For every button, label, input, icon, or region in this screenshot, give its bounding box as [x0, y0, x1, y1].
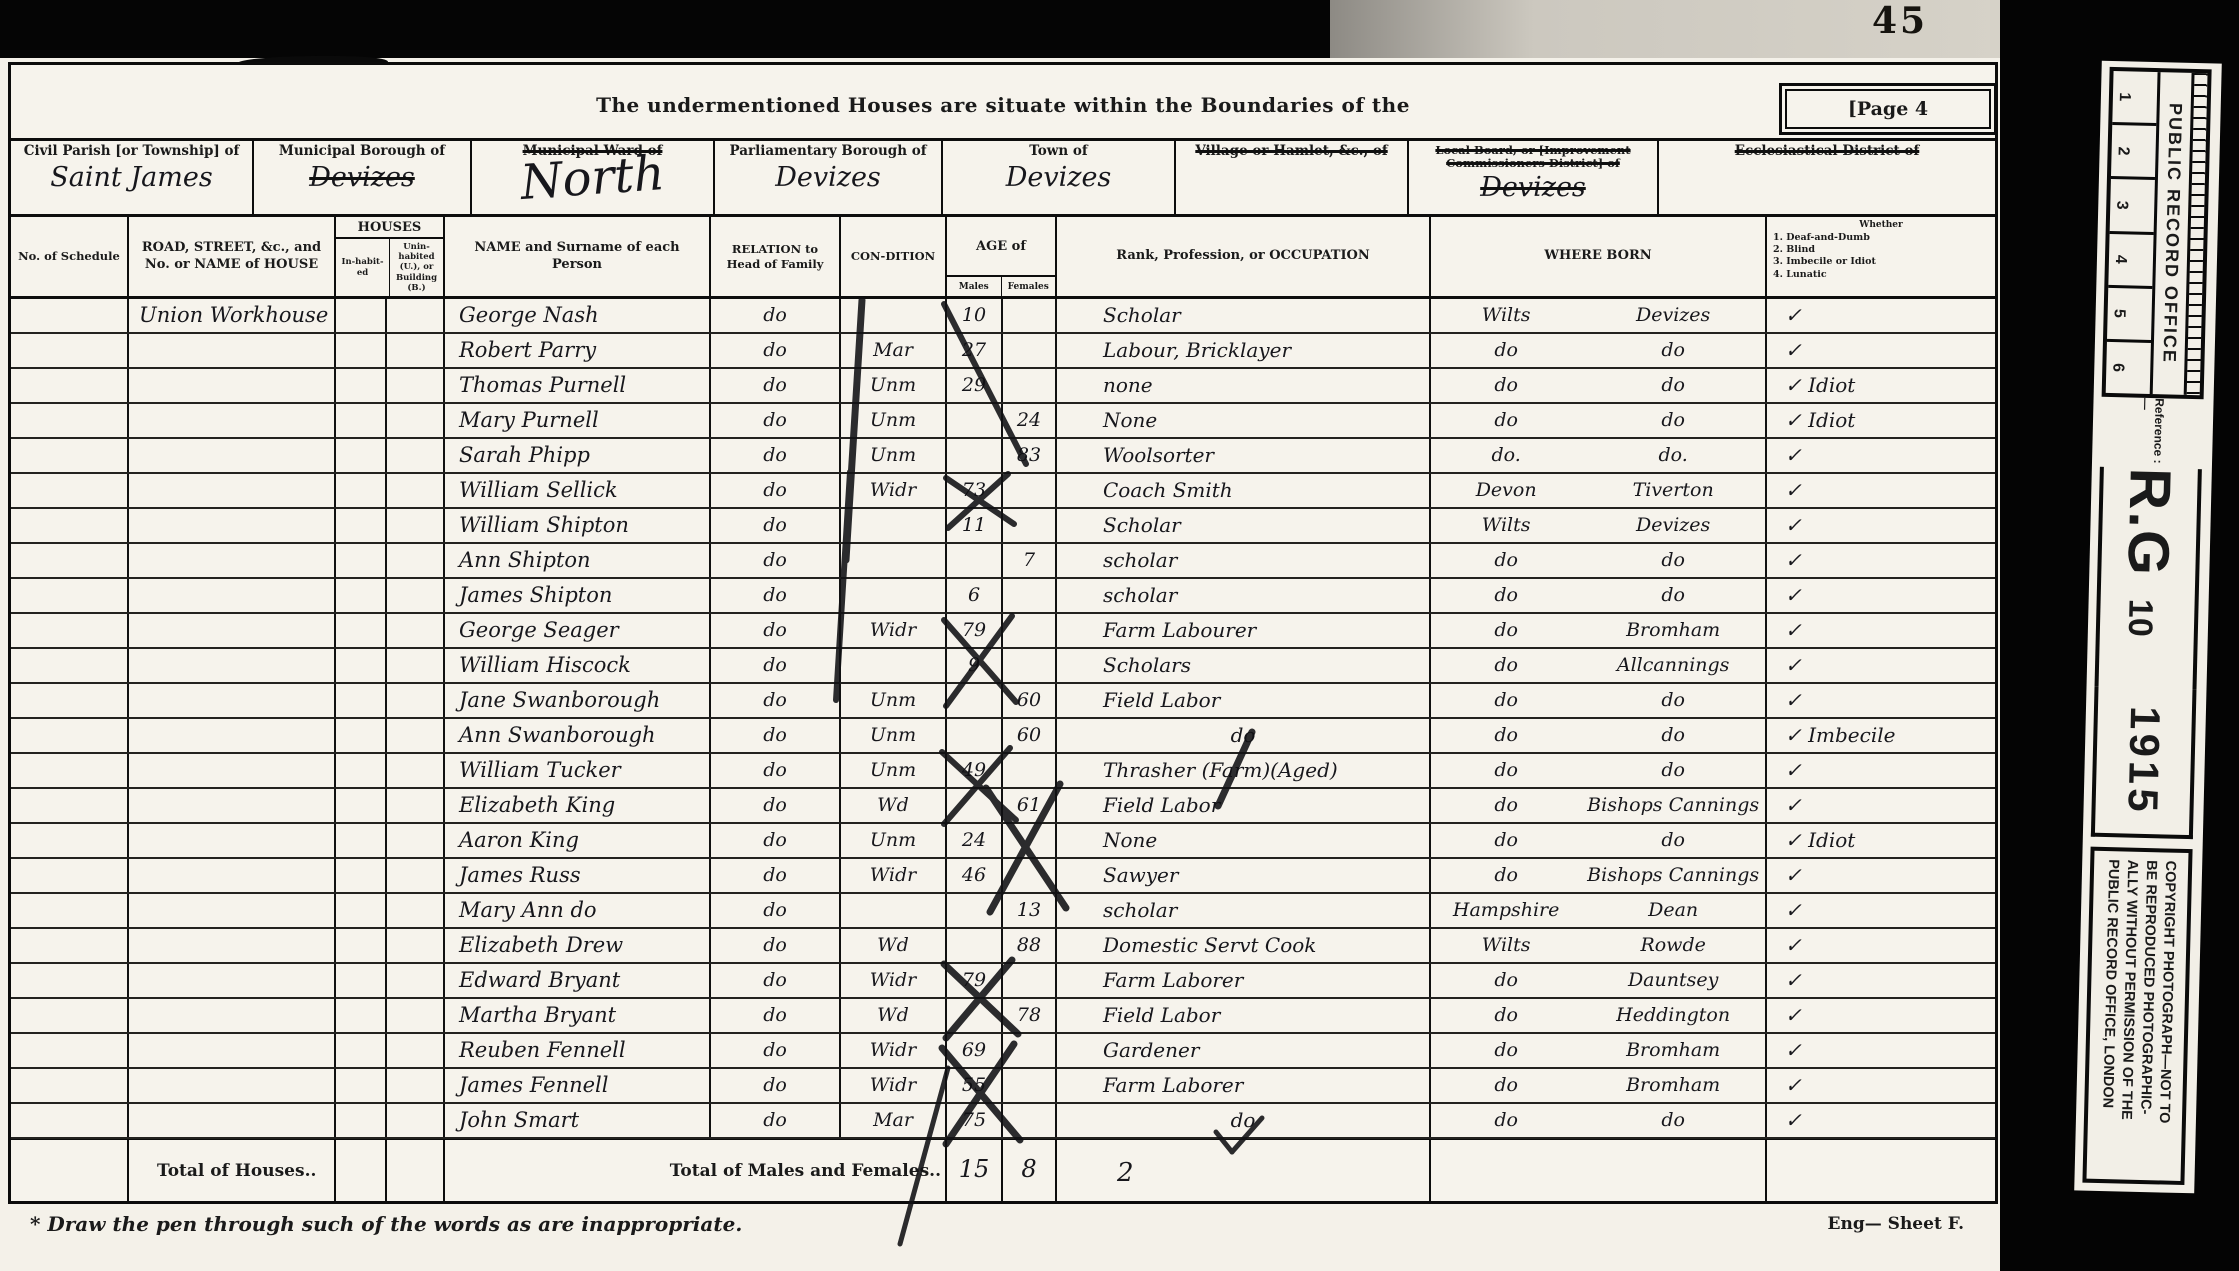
cell-name: George Nash	[445, 299, 711, 332]
cell-where-born: HampshireDean	[1431, 894, 1767, 927]
table-row: Union WorkhouseGeorge Nashdo10ScholarWil…	[11, 299, 1995, 334]
cell-age-female: 24	[1003, 404, 1057, 437]
cell-name: Ann Shipton	[445, 544, 711, 577]
cell-relation: do	[711, 509, 841, 542]
born-county: do.	[1431, 439, 1581, 472]
cell-disability-remark: ✓	[1767, 474, 1995, 507]
cell-where-born: WiltsDevizes	[1431, 509, 1767, 542]
table-row: James RussdoWidr46SawyerdoBishops Cannin…	[11, 859, 1995, 894]
scanned-paper: 45 The undermentioned Houses are situate…	[0, 0, 2010, 1271]
cell-condition: Widr	[841, 1034, 947, 1067]
cell-age-female: 13	[1003, 894, 1057, 927]
cell-road	[129, 1104, 336, 1137]
cell-age-female: 60	[1003, 684, 1057, 717]
cell-road: Union Workhouse	[129, 299, 336, 332]
scan-top-black-band	[0, 0, 1330, 58]
pro-reference-label: Reference :—	[2100, 397, 2204, 469]
born-place: Tiverton	[1581, 474, 1765, 507]
cell-inhabited	[336, 929, 387, 962]
cell-age-male: 73	[947, 474, 1003, 507]
cell-disability-remark: ✓	[1767, 544, 1995, 577]
cell-condition: Widr	[841, 1069, 947, 1102]
form-footer: * Draw the pen through such of the words…	[8, 1206, 1998, 1252]
cell-where-born: dodo	[1431, 544, 1767, 577]
cell-age-female: 78	[1003, 999, 1057, 1032]
pro-copyright-notice: COPYRIGHT PHOTOGRAPH—NOT TO BE REPRODUCE…	[2082, 847, 2192, 1185]
born-place: do	[1581, 369, 1765, 402]
pro-ruler: PUBLIC RECORD OFFICE 1 2 3 4 5 6	[2102, 67, 2212, 399]
cell-inhabited	[336, 474, 387, 507]
pro-series-piece: R.G 10	[2095, 467, 2202, 689]
cell-occupation: do	[1057, 1104, 1431, 1137]
totals-females-value: 8	[1003, 1140, 1057, 1201]
header-occupation: Rank, Profession, or OCCUPATION	[1057, 217, 1431, 296]
born-place: do	[1581, 544, 1765, 577]
cell-condition: Wd	[841, 999, 947, 1032]
cell-condition	[841, 894, 947, 927]
table-row: Edward BryantdoWidr79Farm LaborerdoDaunt…	[11, 964, 1995, 999]
cell-name: Edward Bryant	[445, 964, 711, 997]
cell-where-born: dodo	[1431, 579, 1767, 612]
cell-schedule	[11, 299, 129, 332]
cell-uninhabited	[387, 684, 445, 717]
cell-inhabited	[336, 299, 387, 332]
cell-uninhabited	[387, 509, 445, 542]
cell-schedule	[11, 369, 129, 402]
cell-age-male	[947, 929, 1003, 962]
cell-road	[129, 929, 336, 962]
cell-name: James Russ	[445, 859, 711, 892]
born-county: do	[1431, 1104, 1581, 1137]
cell-age-female	[1003, 964, 1057, 997]
born-county: do	[1431, 1034, 1581, 1067]
header-males: Males	[947, 277, 1002, 296]
cell-occupation: Farm Laborer	[1057, 964, 1431, 997]
cell-where-born: doBromham	[1431, 614, 1767, 647]
cell-where-born: doBromham	[1431, 1069, 1767, 1102]
cell-occupation: scholar	[1057, 579, 1431, 612]
cell-occupation: Woolsorter	[1057, 439, 1431, 472]
cell-occupation: Sawyer	[1057, 859, 1431, 892]
cell-age-female	[1003, 614, 1057, 647]
born-county: do	[1431, 999, 1581, 1032]
cell-schedule	[11, 439, 129, 472]
cell-disability-remark: ✓ Imbecile	[1767, 719, 1995, 752]
cell-schedule	[11, 1034, 129, 1067]
cell-road	[129, 439, 336, 472]
table-row: Robert ParrydoMar27Labour, Bricklayerdod…	[11, 334, 1995, 369]
cell-where-born: doBromham	[1431, 1034, 1767, 1067]
cell-occupation: do	[1057, 719, 1431, 752]
cell-age-male: 11	[947, 509, 1003, 542]
cell-road	[129, 824, 336, 857]
cell-age-male	[947, 684, 1003, 717]
cell-condition	[841, 509, 947, 542]
totals-houses-label: Total of Houses..	[129, 1140, 336, 1201]
cell-condition	[841, 579, 947, 612]
cell-uninhabited	[387, 334, 445, 367]
cell-road	[129, 964, 336, 997]
cell-occupation: Domestic Servt Cook	[1057, 929, 1431, 962]
born-place: do	[1581, 719, 1765, 752]
born-county: do	[1431, 1069, 1581, 1102]
cell-condition	[841, 544, 947, 577]
cell-inhabited	[336, 1034, 387, 1067]
cell-age-female: 83	[1003, 439, 1057, 472]
header-age-group: AGE of Males Females	[947, 217, 1057, 296]
cell-condition: Unm	[841, 824, 947, 857]
form-title: The undermentioned Houses are situate wi…	[11, 65, 1995, 117]
cell-uninhabited	[387, 439, 445, 472]
table-row: Elizabeth DrewdoWd88Domestic Servt CookW…	[11, 929, 1995, 964]
cell-where-born: do.do.	[1431, 439, 1767, 472]
cell-disability-remark: ✓	[1767, 964, 1995, 997]
cell-occupation: Field Labor	[1057, 999, 1431, 1032]
cell-uninhabited	[387, 1034, 445, 1067]
cell-relation: do	[711, 579, 841, 612]
cell-schedule	[11, 649, 129, 682]
header-road: ROAD, STREET, &c., and No. or NAME of HO…	[129, 217, 336, 296]
table-row: Aaron KingdoUnm24Nonedodo✓ Idiot	[11, 824, 1995, 859]
table-row: Ann Shiptondo7scholardodo✓	[11, 544, 1995, 579]
cell-schedule	[11, 929, 129, 962]
cell-schedule	[11, 509, 129, 542]
cell-occupation: Scholar	[1057, 509, 1431, 542]
cell-name: James Fennell	[445, 1069, 711, 1102]
cell-disability-remark: ✓ Idiot	[1767, 404, 1995, 437]
cell-where-born: dodo	[1431, 754, 1767, 787]
cell-relation: do	[711, 859, 841, 892]
born-county: do	[1431, 754, 1581, 787]
born-county: do	[1431, 404, 1581, 437]
cell-name: James Shipton	[445, 579, 711, 612]
cell-age-male	[947, 719, 1003, 752]
cell-age-male: 49	[947, 754, 1003, 787]
cell-relation: do	[711, 544, 841, 577]
cell-uninhabited	[387, 614, 445, 647]
born-place: do.	[1581, 439, 1765, 472]
cell-name: Ann Swanborough	[445, 719, 711, 752]
cell-condition: Unm	[841, 439, 947, 472]
cell-relation: do	[711, 684, 841, 717]
born-place: Rowde	[1581, 929, 1765, 962]
cell-where-born: dodo	[1431, 824, 1767, 857]
census-scan-page: { "stamp": { "page_number": "45" }, "hea…	[0, 0, 2239, 1271]
cell-inhabited	[336, 544, 387, 577]
cell-condition: Unm	[841, 684, 947, 717]
district-header-row: Civil Parish [or Township] of Saint Jame…	[11, 141, 1995, 217]
cell-uninhabited	[387, 894, 445, 927]
born-county: do	[1431, 649, 1581, 682]
cell-where-born: doBishops Cannings	[1431, 789, 1767, 822]
cell-uninhabited	[387, 1104, 445, 1137]
cell-relation: do	[711, 404, 841, 437]
cell-schedule	[11, 964, 129, 997]
cell-condition: Widr	[841, 859, 947, 892]
cell-relation: do	[711, 999, 841, 1032]
cell-schedule	[11, 999, 129, 1032]
cell-relation: do	[711, 824, 841, 857]
cell-name: Mary Ann do	[445, 894, 711, 927]
totals-row: Total of Houses.. Total of Males and Fem…	[11, 1139, 1995, 1201]
cell-road	[129, 789, 336, 822]
cell-occupation: Labour, Bricklayer	[1057, 334, 1431, 367]
cell-uninhabited	[387, 754, 445, 787]
cell-age-male: 29	[947, 369, 1003, 402]
cell-age-male: 46	[947, 859, 1003, 892]
totals-remark-cell	[1767, 1140, 1995, 1201]
cell-where-born: DevonTiverton	[1431, 474, 1767, 507]
born-place: Dauntsey	[1581, 964, 1765, 997]
cell-age-female	[1003, 1034, 1057, 1067]
cell-relation: do	[711, 439, 841, 472]
cell-age-female: 60	[1003, 719, 1057, 752]
cell-uninhabited	[387, 824, 445, 857]
totals-born-cell	[1431, 1140, 1767, 1201]
cell-disability-remark: ✓	[1767, 929, 1995, 962]
cell-where-born: dodo	[1431, 684, 1767, 717]
cell-name: William Tucker	[445, 754, 711, 787]
census-rows: Union WorkhouseGeorge Nashdo10ScholarWil…	[11, 299, 1995, 1139]
cell-disability-remark: ✓	[1767, 439, 1995, 472]
cell-age-female	[1003, 754, 1057, 787]
cell-relation: do	[711, 754, 841, 787]
cell-relation: do	[711, 719, 841, 752]
cell-disability-remark: ✓	[1767, 334, 1995, 367]
cell-uninhabited	[387, 929, 445, 962]
header-condition: CON-DITION	[841, 217, 947, 296]
cell-where-born: doAllcannings	[1431, 649, 1767, 682]
table-row: Mary Ann dodo13scholarHampshireDean✓	[11, 894, 1995, 929]
table-row: Thomas PurnelldoUnm29nonedodo✓ Idiot	[11, 369, 1995, 404]
district-local-board: Local Board, or [Improvement Commissione…	[1409, 141, 1659, 214]
cell-occupation: Scholar	[1057, 299, 1431, 332]
cell-condition: Widr	[841, 614, 947, 647]
cell-relation: do	[711, 614, 841, 647]
cell-uninhabited	[387, 369, 445, 402]
cell-relation: do	[711, 299, 841, 332]
cell-uninhabited	[387, 964, 445, 997]
cell-occupation: Gardener	[1057, 1034, 1431, 1067]
cell-occupation: Field Labor	[1057, 684, 1431, 717]
cell-age-female	[1003, 1069, 1057, 1102]
cell-age-female	[1003, 299, 1057, 332]
born-county: do	[1431, 334, 1581, 367]
born-place: Dean	[1581, 894, 1765, 927]
cell-age-male: 24	[947, 824, 1003, 857]
born-place: Bromham	[1581, 1034, 1765, 1067]
cell-disability-remark: ✓	[1767, 1069, 1995, 1102]
cell-relation: do	[711, 1034, 841, 1067]
cell-occupation: scholar	[1057, 894, 1431, 927]
cell-schedule	[11, 474, 129, 507]
cell-uninhabited	[387, 579, 445, 612]
cell-name: Jane Swanborough	[445, 684, 711, 717]
born-county: do	[1431, 369, 1581, 402]
cell-name: William Sellick	[445, 474, 711, 507]
cell-name: Robert Parry	[445, 334, 711, 367]
footer-instruction: * Draw the pen through such of the words…	[30, 1212, 742, 1236]
cell-road	[129, 614, 336, 647]
cell-age-female: 7	[1003, 544, 1057, 577]
cell-condition	[841, 299, 947, 332]
cell-disability-remark: ✓	[1767, 509, 1995, 542]
born-place: do	[1581, 579, 1765, 612]
cell-road	[129, 719, 336, 752]
cell-schedule	[11, 789, 129, 822]
cell-occupation: Coach Smith	[1057, 474, 1431, 507]
ruler-numbers: 1 2 3 4 5 6	[2106, 71, 2158, 394]
cell-inhabited	[336, 824, 387, 857]
page-number-box: [Page 4	[1779, 83, 1997, 135]
cell-inhabited	[336, 964, 387, 997]
table-row: William Hiscockdo9ScholarsdoAllcannings✓	[11, 649, 1995, 684]
born-place: do	[1581, 824, 1765, 857]
header-females: Females	[1002, 277, 1056, 296]
district-town: Town of Devizes	[943, 141, 1176, 214]
born-place: do	[1581, 334, 1765, 367]
cell-where-born: doHeddington	[1431, 999, 1767, 1032]
cell-relation: do	[711, 474, 841, 507]
totals-uninhabited-cell	[387, 1140, 445, 1201]
cell-disability-remark: ✓	[1767, 299, 1995, 332]
pro-series: R.G	[2115, 467, 2185, 578]
born-county: do	[1431, 964, 1581, 997]
born-county: Hampshire	[1431, 894, 1581, 927]
cell-occupation: Field Labor	[1057, 789, 1431, 822]
cell-age-female	[1003, 579, 1057, 612]
cell-name: Reuben Fennell	[445, 1034, 711, 1067]
table-row: Ann SwanboroughdoUnm60dododo✓ Imbecile	[11, 719, 1995, 754]
folio-number-stamp: 45	[1872, 0, 1928, 42]
born-place: do	[1581, 1104, 1765, 1137]
born-county: do	[1431, 789, 1581, 822]
cell-relation: do	[711, 789, 841, 822]
cell-uninhabited	[387, 859, 445, 892]
cell-name: Sarah Phipp	[445, 439, 711, 472]
cell-disability-remark: ✓	[1767, 859, 1995, 892]
born-county: do	[1431, 719, 1581, 752]
cell-age-female	[1003, 1104, 1057, 1137]
table-row: James Shiptondo6scholardodo✓	[11, 579, 1995, 614]
born-place: Bishops Cannings	[1581, 789, 1765, 822]
cell-road	[129, 509, 336, 542]
cell-occupation: Farm Labourer	[1057, 614, 1431, 647]
header-relation: RELATION to Head of Family	[711, 217, 841, 296]
totals-scribble: 2	[1057, 1140, 1431, 1201]
cell-occupation: None	[1057, 404, 1431, 437]
header-inhabited: In-habit-ed	[336, 239, 390, 296]
cell-road	[129, 754, 336, 787]
table-row: William Shiptondo11ScholarWiltsDevizes✓	[11, 509, 1995, 544]
district-municipal-ward: Municipal Ward of North	[472, 141, 715, 214]
cell-name: William Shipton	[445, 509, 711, 542]
totals-inhabited-cell	[336, 1140, 387, 1201]
cell-age-female: 61	[1003, 789, 1057, 822]
cell-inhabited	[336, 684, 387, 717]
cell-relation: do	[711, 1104, 841, 1137]
cell-condition: Widr	[841, 474, 947, 507]
cell-inhabited	[336, 719, 387, 752]
cell-uninhabited	[387, 404, 445, 437]
cell-name: George Seager	[445, 614, 711, 647]
cell-name: Martha Bryant	[445, 999, 711, 1032]
cell-condition: Unm	[841, 754, 947, 787]
table-row: Jane SwanboroughdoUnm60Field Labordodo✓	[11, 684, 1995, 719]
cell-relation: do	[711, 1069, 841, 1102]
cell-age-female	[1003, 859, 1057, 892]
pro-piece: 10	[2120, 598, 2160, 637]
born-county: do	[1431, 579, 1581, 612]
cell-road	[129, 859, 336, 892]
cell-road	[129, 369, 336, 402]
born-place: Devizes	[1581, 299, 1765, 332]
cell-age-male: 79	[947, 964, 1003, 997]
born-county: do	[1431, 544, 1581, 577]
cell-relation: do	[711, 649, 841, 682]
district-municipal-borough: Municipal Borough of Devizes	[254, 141, 472, 214]
cell-schedule	[11, 404, 129, 437]
cell-age-female	[1003, 369, 1057, 402]
cell-schedule	[11, 1069, 129, 1102]
cell-road	[129, 649, 336, 682]
cell-disability-remark: ✓	[1767, 894, 1995, 927]
cell-condition: Mar	[841, 334, 947, 367]
born-place: do	[1581, 404, 1765, 437]
cell-inhabited	[336, 1069, 387, 1102]
footer-sheet-label: Eng— Sheet F.	[1828, 1214, 1964, 1234]
cell-disability-remark: ✓	[1767, 999, 1995, 1032]
cell-age-female	[1003, 474, 1057, 507]
born-place: Bromham	[1581, 1069, 1765, 1102]
cell-occupation: Farm Laborer	[1057, 1069, 1431, 1102]
cell-where-born: WiltsRowde	[1431, 929, 1767, 962]
cell-age-female	[1003, 824, 1057, 857]
cell-condition: Unm	[841, 369, 947, 402]
cell-where-born: dodo	[1431, 1104, 1767, 1137]
cell-disability-remark: ✓	[1767, 754, 1995, 787]
cell-age-male	[947, 439, 1003, 472]
pro-folio: 1915	[2091, 687, 2197, 839]
cell-occupation: none	[1057, 369, 1431, 402]
cell-schedule	[11, 544, 129, 577]
table-row: Reuben FennelldoWidr69GardenerdoBromham✓	[11, 1034, 1995, 1069]
cell-where-born: dodo	[1431, 404, 1767, 437]
cell-where-born: dodo	[1431, 334, 1767, 367]
cell-schedule	[11, 754, 129, 787]
born-place: Heddington	[1581, 999, 1765, 1032]
born-place: Bromham	[1581, 614, 1765, 647]
cell-age-male: 75	[947, 1104, 1003, 1137]
cell-schedule	[11, 1104, 129, 1137]
cell-uninhabited	[387, 299, 445, 332]
header-name: NAME and Surname of each Person	[445, 217, 711, 296]
cell-relation: do	[711, 334, 841, 367]
table-row: John SmartdoMar75dododo✓	[11, 1104, 1995, 1139]
cell-disability-remark: ✓ Idiot	[1767, 369, 1995, 402]
cell-where-born: dodo	[1431, 369, 1767, 402]
totals-males-females-label: Total of Males and Females..	[445, 1140, 947, 1201]
cell-name: Aaron King	[445, 824, 711, 857]
cell-disability-remark: ✓	[1767, 789, 1995, 822]
cell-schedule	[11, 579, 129, 612]
cell-inhabited	[336, 789, 387, 822]
totals-males-value: 15	[947, 1140, 1003, 1201]
cell-inhabited	[336, 859, 387, 892]
born-county: do	[1431, 684, 1581, 717]
cell-uninhabited	[387, 649, 445, 682]
cell-where-born: WiltsDevizes	[1431, 299, 1767, 332]
